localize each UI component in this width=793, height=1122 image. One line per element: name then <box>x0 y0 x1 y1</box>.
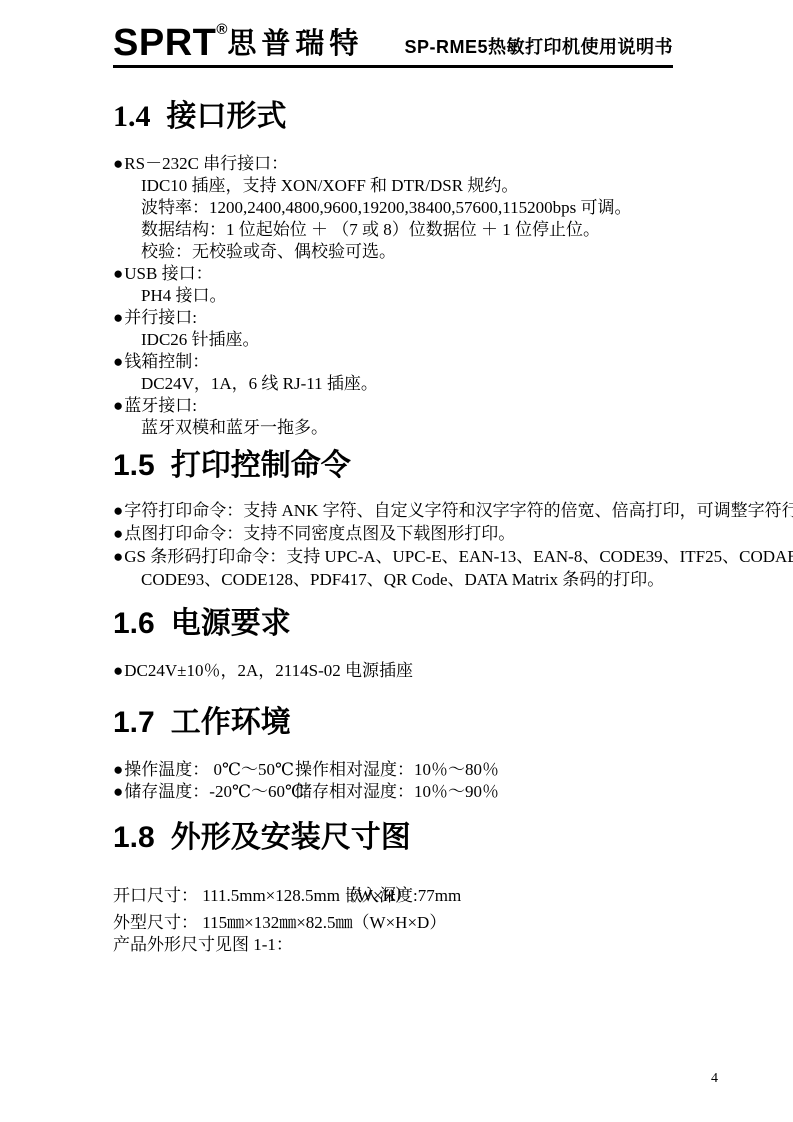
section-number: 1.6 <box>113 607 155 640</box>
list-item: PH4 接口。 <box>113 285 737 307</box>
list-item: IDC26 针插座。 <box>113 329 737 351</box>
list-item-text: GS 条形码打印命令：支持 UPC-A、UPC-E、EAN-13、EAN-8、C… <box>124 547 793 566</box>
section-title: 电源要求 <box>171 607 291 640</box>
list-item: ●钱箱控制： <box>113 351 737 373</box>
list-item-text: 字符打印命令：支持 ANK 字符、自定义字符和汉字字符的倍宽、倍高打印，可调整字… <box>124 501 793 520</box>
list-item: ●点图打印命令：支持不同密度点图及下载图形打印。 <box>113 522 737 545</box>
section-number: 1.4 <box>113 100 151 133</box>
list-item-text: RS－232C 串行接口： <box>124 154 288 173</box>
dimension-row: 外型尺寸： 115㎜×132㎜×82.5㎜（W×H×D） <box>113 912 737 934</box>
list-item: 波特率：1200,2400,4800,9600,19200,38400,5760… <box>113 197 737 219</box>
list-item-text: PH4 接口。 <box>141 286 226 305</box>
bullet-icon: ● <box>113 352 123 371</box>
section-title: 工作环境 <box>171 706 291 739</box>
list-item: 数据结构：1 位起始位 ＋ （7 或 8）位数据位 ＋ 1 位停止位。 <box>113 219 737 241</box>
section-number: 1.8 <box>113 821 155 854</box>
brand-logo-chinese: 思普瑞特 <box>227 28 363 60</box>
list-item-text: 蓝牙接口: <box>124 396 197 415</box>
bullet-icon: ● <box>113 760 123 779</box>
list-item: IDC10 插座，支持 XON/XOFF 和 DTR/DSR 规约。 <box>113 175 737 197</box>
list-item-text: IDC10 插座，支持 XON/XOFF 和 DTR/DSR 规约。 <box>141 176 518 195</box>
list-item-text: IDC26 针插座。 <box>141 330 260 349</box>
bullet-icon: ● <box>113 501 123 520</box>
list-item: ●蓝牙接口: <box>113 395 737 417</box>
brand-logo: SPRT®思普瑞特 <box>113 24 363 62</box>
list-item-text: 波特率：1200,2400,4800,9600,19200,38400,5760… <box>141 198 632 217</box>
list-item-text: DC24V±10％，2A，2114S-02 电源插座 <box>124 661 413 680</box>
list-item: CODE93、CODE128、PDF417、QR Code、DATA Matri… <box>113 568 737 591</box>
bullet-icon: ● <box>113 308 123 327</box>
env-temperature-text: 操作温度： 0℃～50℃ <box>124 760 294 779</box>
list-item-text: USB 接口： <box>124 264 212 283</box>
list-item: DC24V，1A，6 线 RJ-11 插座。 <box>113 373 737 395</box>
section-heading-1-7: 1.7工作环境 <box>113 704 737 742</box>
list-item-text: 蓝牙双模和蓝牙一拖多。 <box>141 418 328 437</box>
environment-table: ●操作温度： 0℃～50℃操作相对湿度：10％～80％ ●储存温度：-20℃～6… <box>113 759 737 803</box>
list-item-text: 点图打印命令：支持不同密度点图及下载图形打印。 <box>124 524 515 543</box>
section-title: 接口形式 <box>167 100 287 133</box>
list-item: ●USB 接口： <box>113 263 737 285</box>
power-requirement-list: ●DC24V±10％，2A，2114S-02 电源插座 <box>113 660 737 682</box>
list-item: ●RS－232C 串行接口： <box>113 153 737 175</box>
list-item-text: CODE93、CODE128、PDF417、QR Code、DATA Matri… <box>141 570 664 589</box>
section-title: 外形及安装尺寸图 <box>171 821 411 854</box>
interface-list: ●RS－232C 串行接口： IDC10 插座，支持 XON/XOFF 和 DT… <box>113 153 737 439</box>
page-number: 4 <box>711 1071 718 1087</box>
list-item: 蓝牙双模和蓝牙一拖多。 <box>113 417 737 439</box>
bullet-icon: ● <box>113 661 123 680</box>
bullet-icon: ● <box>113 547 123 566</box>
section-heading-1-4: 1.4接口形式 <box>113 98 737 136</box>
opening-size: 开口尺寸： 111.5mm×128.5mm（W×H） <box>113 885 345 907</box>
document-title: SP-RME5热敏打印机使用说明书 <box>404 33 673 62</box>
dimension-row: 产品外形尺寸见图 1-1： <box>113 934 737 956</box>
bullet-icon: ● <box>113 396 123 415</box>
section-heading-1-5: 1.5打印控制命令 <box>113 447 737 485</box>
environment-row: ●操作温度： 0℃～50℃操作相对湿度：10％～80％ <box>113 759 737 781</box>
list-item-text: 并行接口: <box>124 308 197 327</box>
list-item-text: 钱箱控制： <box>124 352 209 371</box>
env-temperature: ●操作温度： 0℃～50℃ <box>113 759 295 781</box>
outline-size: 外型尺寸： 115㎜×132㎜×82.5㎜（W×H×D） <box>113 913 446 932</box>
env-temperature-text: 储存温度：-20℃～60℃ <box>124 782 304 801</box>
brand-logo-text: SPRT <box>113 22 216 64</box>
list-item: ●GS 条形码打印命令：支持 UPC-A、UPC-E、EAN-13、EAN-8、… <box>113 545 737 568</box>
figure-reference: 产品外形尺寸见图 1-1： <box>113 935 293 954</box>
section-heading-1-8: 1.8外形及安装尺寸图 <box>113 819 737 857</box>
bullet-icon: ● <box>113 524 123 543</box>
list-item: ●DC24V±10％，2A，2114S-02 电源插座 <box>113 660 737 682</box>
section-number: 1.5 <box>113 449 155 482</box>
bullet-icon: ● <box>113 782 123 801</box>
list-item-text: 校验：无校验或奇、偶校验可选。 <box>141 242 396 261</box>
env-humidity: 储存相对湿度：10％～90％ <box>295 782 499 801</box>
list-item: ●字符打印命令：支持 ANK 字符、自定义字符和汉字字符的倍宽、倍高打印，可调整… <box>113 499 737 522</box>
bullet-icon: ● <box>113 264 123 283</box>
section-number: 1.7 <box>113 706 155 739</box>
section-heading-1-6: 1.6电源要求 <box>113 605 737 643</box>
manual-page: SPRT®思普瑞特 SP-RME5热敏打印机使用说明书 1.4接口形式 ●RS－… <box>0 0 793 1122</box>
env-temperature: ●储存温度：-20℃～60℃ <box>113 781 295 803</box>
list-item-text: 数据结构：1 位起始位 ＋ （7 或 8）位数据位 ＋ 1 位停止位。 <box>141 220 600 239</box>
environment-row: ●储存温度：-20℃～60℃储存相对湿度：10％～90％ <box>113 781 737 803</box>
document-header: SPRT®思普瑞特 SP-RME5热敏打印机使用说明书 <box>113 24 673 68</box>
dimension-info: 开口尺寸： 111.5mm×128.5mm（W×H）嵌入深度:77mm 外型尺寸… <box>113 885 737 956</box>
embed-depth: 嵌入深度:77mm <box>345 886 461 905</box>
list-item: 校验：无校验或奇、偶校验可选。 <box>113 241 737 263</box>
print-command-list: ●字符打印命令：支持 ANK 字符、自定义字符和汉字字符的倍宽、倍高打印，可调整… <box>113 499 737 591</box>
list-item-text: DC24V，1A，6 线 RJ-11 插座。 <box>141 374 378 393</box>
list-item: ●并行接口: <box>113 307 737 329</box>
section-title: 打印控制命令 <box>171 449 351 482</box>
env-humidity: 操作相对湿度：10％～80％ <box>295 760 499 779</box>
bullet-icon: ● <box>113 154 123 173</box>
dimension-row: 开口尺寸： 111.5mm×128.5mm（W×H）嵌入深度:77mm <box>113 885 737 907</box>
registered-trademark-icon: ® <box>216 21 227 38</box>
